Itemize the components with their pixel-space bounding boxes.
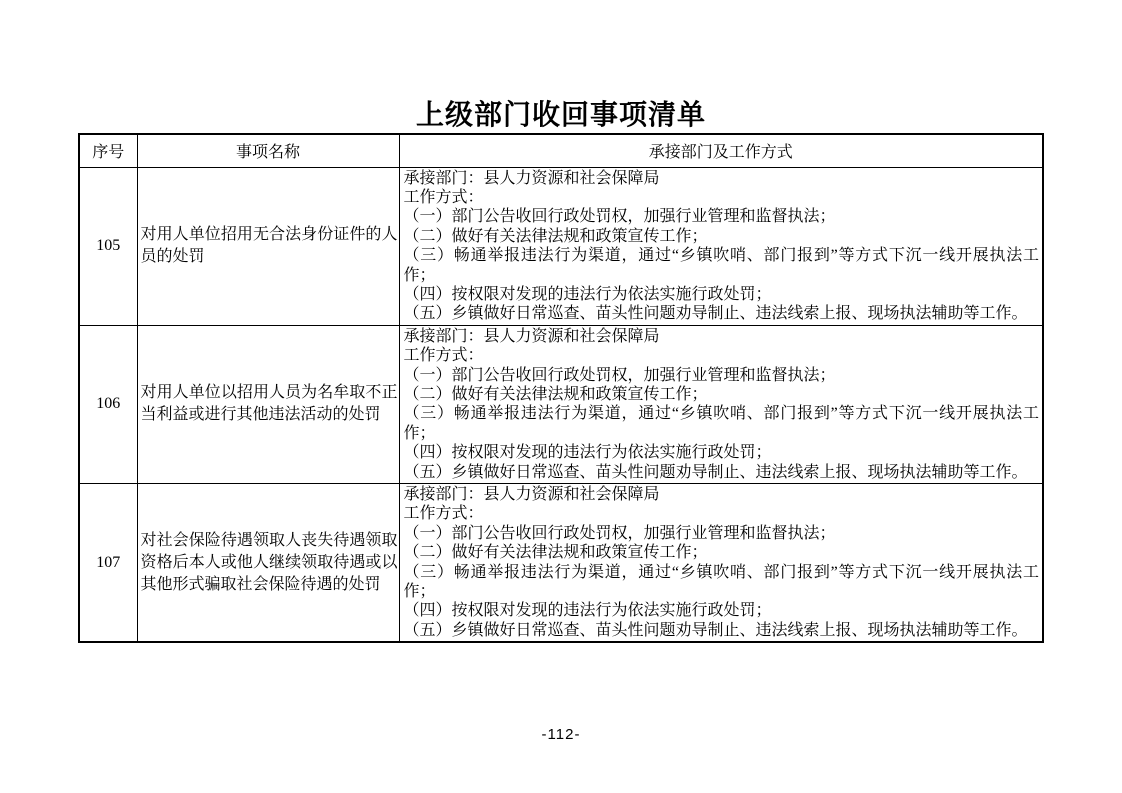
detail-line: 工作方式： [404, 346, 1040, 365]
detail-line: （三）畅通举报违法行为渠道，通过“乡镇吹哨、部门报到”等方式下沉一线开展执法工作… [404, 404, 1040, 443]
row-item-name: 对用人单位招用无合法身份证件的人员的处罚 [137, 167, 399, 325]
table-row: 107 对社会保险待遇领取人丧失待遇领取资格后本人或他人继续领取待遇或以其他形式… [79, 484, 1043, 643]
row-item-name: 对用人单位以招用人员为名牟取不正当利益或进行其他违法活动的处罚 [137, 325, 399, 483]
detail-line: 承接部门：县人力资源和社会保障局 [404, 169, 1040, 188]
detail-line: （一）部门公告收回行政处罚权，加强行业管理和监督执法； [404, 207, 1040, 226]
items-table: 序号 事项名称 承接部门及工作方式 105 对用人单位招用无合法身份证件的人员的… [78, 133, 1044, 643]
detail-line: （二）做好有关法律法规和政策宣传工作； [404, 227, 1040, 246]
page-number: -112- [0, 726, 1122, 743]
row-seq-number: 105 [79, 167, 137, 325]
detail-line: 承接部门：县人力资源和社会保障局 [404, 485, 1040, 504]
detail-line: 承接部门：县人力资源和社会保障局 [404, 327, 1040, 346]
detail-line: （四）按权限对发现的违法行为依法实施行政处罚； [404, 443, 1040, 462]
row-department-and-methods: 承接部门：县人力资源和社会保障局工作方式：（一）部门公告收回行政处罚权，加强行业… [399, 484, 1043, 643]
row-item-name: 对社会保险待遇领取人丧失待遇领取资格后本人或他人继续领取待遇或以其他形式骗取社会… [137, 484, 399, 643]
detail-line: （五）乡镇做好日常巡查、苗头性问题劝导制止、违法线索上报、现场执法辅助等工作。 [404, 621, 1040, 640]
table-row: 105 对用人单位招用无合法身份证件的人员的处罚 承接部门：县人力资源和社会保障… [79, 167, 1043, 325]
table-header: 序号 事项名称 承接部门及工作方式 [79, 134, 1043, 167]
detail-line: 工作方式： [404, 188, 1040, 207]
row-seq-number: 107 [79, 484, 137, 643]
header-row: 序号 事项名称 承接部门及工作方式 [79, 134, 1043, 167]
detail-line: （一）部门公告收回行政处罚权，加强行业管理和监督执法； [404, 366, 1040, 385]
row-department-and-methods: 承接部门：县人力资源和社会保障局工作方式：（一）部门公告收回行政处罚权，加强行业… [399, 325, 1043, 483]
detail-line: （四）按权限对发现的违法行为依法实施行政处罚； [404, 601, 1040, 620]
header-item-name: 事项名称 [137, 134, 399, 167]
detail-line: （四）按权限对发现的违法行为依法实施行政处罚； [404, 285, 1040, 304]
detail-line: （一）部门公告收回行政处罚权，加强行业管理和监督执法； [404, 524, 1040, 543]
detail-line: 工作方式： [404, 504, 1040, 523]
page-title: 上级部门收回事项清单 [0, 93, 1122, 133]
detail-line: （二）做好有关法律法规和政策宣传工作； [404, 543, 1040, 562]
detail-line: （三）畅通举报违法行为渠道，通过“乡镇吹哨、部门报到”等方式下沉一线开展执法工作… [404, 246, 1040, 285]
row-department-and-methods: 承接部门：县人力资源和社会保障局工作方式：（一）部门公告收回行政处罚权，加强行业… [399, 167, 1043, 325]
header-department-method: 承接部门及工作方式 [399, 134, 1043, 167]
detail-line: （五）乡镇做好日常巡查、苗头性问题劝导制止、违法线索上报、现场执法辅助等工作。 [404, 304, 1040, 323]
document-page: 上级部门收回事项清单 序号 事项名称 承接部门及工作方式 105 对用人单位招用… [0, 0, 1122, 793]
row-seq-number: 106 [79, 325, 137, 483]
detail-line: （三）畅通举报违法行为渠道，通过“乡镇吹哨、部门报到”等方式下沉一线开展执法工作… [404, 563, 1040, 602]
table-row: 106 对用人单位以招用人员为名牟取不正当利益或进行其他违法活动的处罚 承接部门… [79, 325, 1043, 483]
detail-line: （五）乡镇做好日常巡查、苗头性问题劝导制止、违法线索上报、现场执法辅助等工作。 [404, 463, 1040, 482]
table-body: 105 对用人单位招用无合法身份证件的人员的处罚 承接部门：县人力资源和社会保障… [79, 167, 1043, 642]
detail-line: （二）做好有关法律法规和政策宣传工作； [404, 385, 1040, 404]
header-seq-number: 序号 [79, 134, 137, 167]
